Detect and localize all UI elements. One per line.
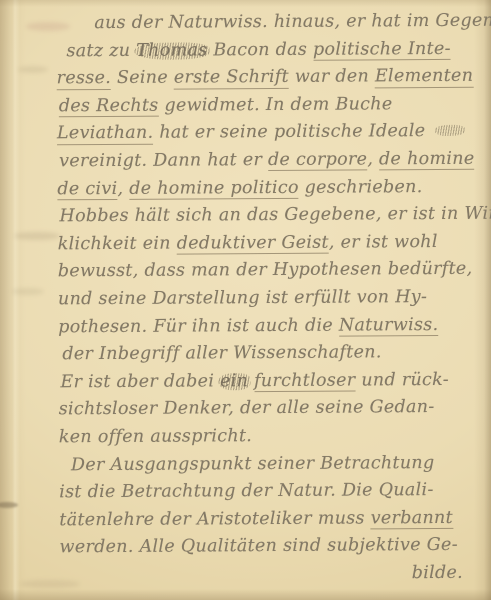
scribble-blot	[435, 125, 465, 136]
manuscript-line: ist die Betrachtung der Natur. Die Quali…	[59, 477, 486, 507]
text-segment: ,	[367, 149, 379, 169]
scribbled-segment: ein	[220, 371, 248, 391]
manuscript-line: pothesen. Für ihn ist auch die Naturwiss…	[58, 311, 485, 341]
underlined-segment: des Rechts	[59, 95, 159, 117]
text-segment: aus der Naturwiss. hinaus, er hat im Geg…	[94, 11, 491, 33]
text-segment: bewusst, dass man der Hypothesen bedürft…	[58, 259, 473, 282]
text-segment: , er ist wohl	[329, 232, 438, 253]
text-segment: ist die Betrachtung der Natur. Die Quali…	[59, 480, 434, 502]
bleedthrough-mark	[18, 66, 48, 73]
manuscript-line: der Inbegriff aller Wissenschaften.	[58, 339, 485, 369]
underlined-segment: deduktiver Geist	[177, 232, 329, 254]
text-segment: sichtsloser Denker, der alle seine Gedan…	[59, 397, 435, 419]
underlined-segment: Elementen	[375, 66, 473, 88]
manuscript-line: klichkeit ein deduktiver Geist, er ist w…	[58, 228, 485, 258]
text-segment: pothesen. Für ihn ist auch die	[58, 315, 339, 337]
text-segment: satz zu	[66, 40, 136, 60]
text-segment: bilde.	[412, 563, 463, 583]
underlined-segment: de corpore	[268, 149, 367, 171]
text-segment: Er ist aber dabei	[60, 371, 220, 392]
manuscript-line: de civi, de homine politico geschrieben.	[57, 173, 484, 203]
manuscript-line: sichtsloser Denker, der alle seine Gedan…	[59, 394, 486, 424]
manuscript-line: resse. Seine erste Schrift war den Eleme…	[57, 63, 484, 93]
manuscript-line: vereinigt. Dann hat er de corpore, de ho…	[57, 146, 484, 176]
manuscript-line: Leviathan. hat er seine politische Ideal…	[57, 118, 484, 148]
manuscript-line: bewusst, dass man der Hypothesen bedürft…	[58, 256, 485, 286]
text-segment: Seine	[111, 68, 174, 88]
text-segment: gewidmet. In dem Buche	[158, 94, 392, 115]
underlined-segment: verbannt	[371, 508, 453, 530]
manuscript-line: Er ist aber dabei ein furchtloser und rü…	[58, 366, 485, 396]
scribbled-segment: Thomas	[136, 40, 207, 60]
text-segment: und seine Darstellung ist erfüllt von Hy…	[58, 287, 427, 309]
manuscript-line: und seine Darstellung ist erfüllt von Hy…	[58, 284, 485, 314]
underlined-segment: erste Schrift	[174, 67, 289, 89]
text-segment: Der Ausgangspunkt seiner Betrachtung	[71, 453, 435, 475]
manuscript-line: Der Ausgangspunkt seiner Betrachtung	[59, 449, 486, 479]
text-segment: Bacon das	[207, 39, 313, 60]
manuscript-page: aus der Naturwiss. hinaus, er hat im Geg…	[0, 0, 491, 600]
text-segment: war den	[289, 67, 375, 88]
text-segment: ken offen ausspricht.	[59, 426, 252, 447]
text-segment: der Inbegriff aller Wissenschaften.	[62, 342, 381, 364]
ink-mark-left-edge	[0, 502, 18, 508]
manuscript-text: aus der Naturwiss. hinaus, er hat im Geg…	[56, 8, 487, 590]
manuscript-line: aus der Naturwiss. hinaus, er hat im Geg…	[56, 8, 483, 38]
underlined-segment: de civi	[57, 179, 117, 201]
bleedthrough-mark	[14, 232, 60, 240]
manuscript-line: tätenlehre der Aristoteliker muss verban…	[59, 504, 486, 534]
text-segment: ,	[117, 178, 129, 198]
underlined-segment: de homine politico	[129, 177, 299, 200]
manuscript-line: werden. Alle Qualitäten sind subjektive …	[59, 532, 486, 562]
text-segment: hat er seine politische Ideale	[153, 121, 431, 143]
manuscript-line: Hobbes hält sich an das Gegebene, er ist…	[57, 201, 484, 231]
underlined-segment: politische Inte-	[313, 38, 451, 60]
text-segment: werden. Alle Qualitäten sind subjektive …	[59, 535, 458, 557]
text-segment: tätenlehre der Aristoteliker muss	[59, 508, 370, 530]
underlined-segment: furchtloser	[254, 370, 355, 392]
text-segment: klichkeit ein	[58, 233, 177, 254]
manuscript-line: des Rechts gewidmet. In dem Buche	[57, 90, 484, 120]
text-segment: vereinigt. Dann hat er	[59, 150, 268, 171]
underlined-segment: resse.	[57, 68, 112, 90]
underlined-segment: Naturwiss.	[339, 315, 439, 337]
manuscript-line: satz zu Thomas Bacon das politische Inte…	[56, 35, 483, 65]
underlined-segment: de homine	[379, 149, 475, 171]
manuscript-line: bilde.	[60, 560, 487, 590]
bleedthrough-mark	[12, 288, 44, 295]
underlined-segment: Leviathan.	[57, 123, 154, 145]
manuscript-line: ken offen ausspricht.	[59, 422, 486, 452]
text-segment: Hobbes hält sich an das Gegebene, er ist…	[59, 204, 491, 227]
text-segment: geschrieben.	[299, 177, 423, 198]
text-segment: und rück-	[355, 370, 449, 391]
